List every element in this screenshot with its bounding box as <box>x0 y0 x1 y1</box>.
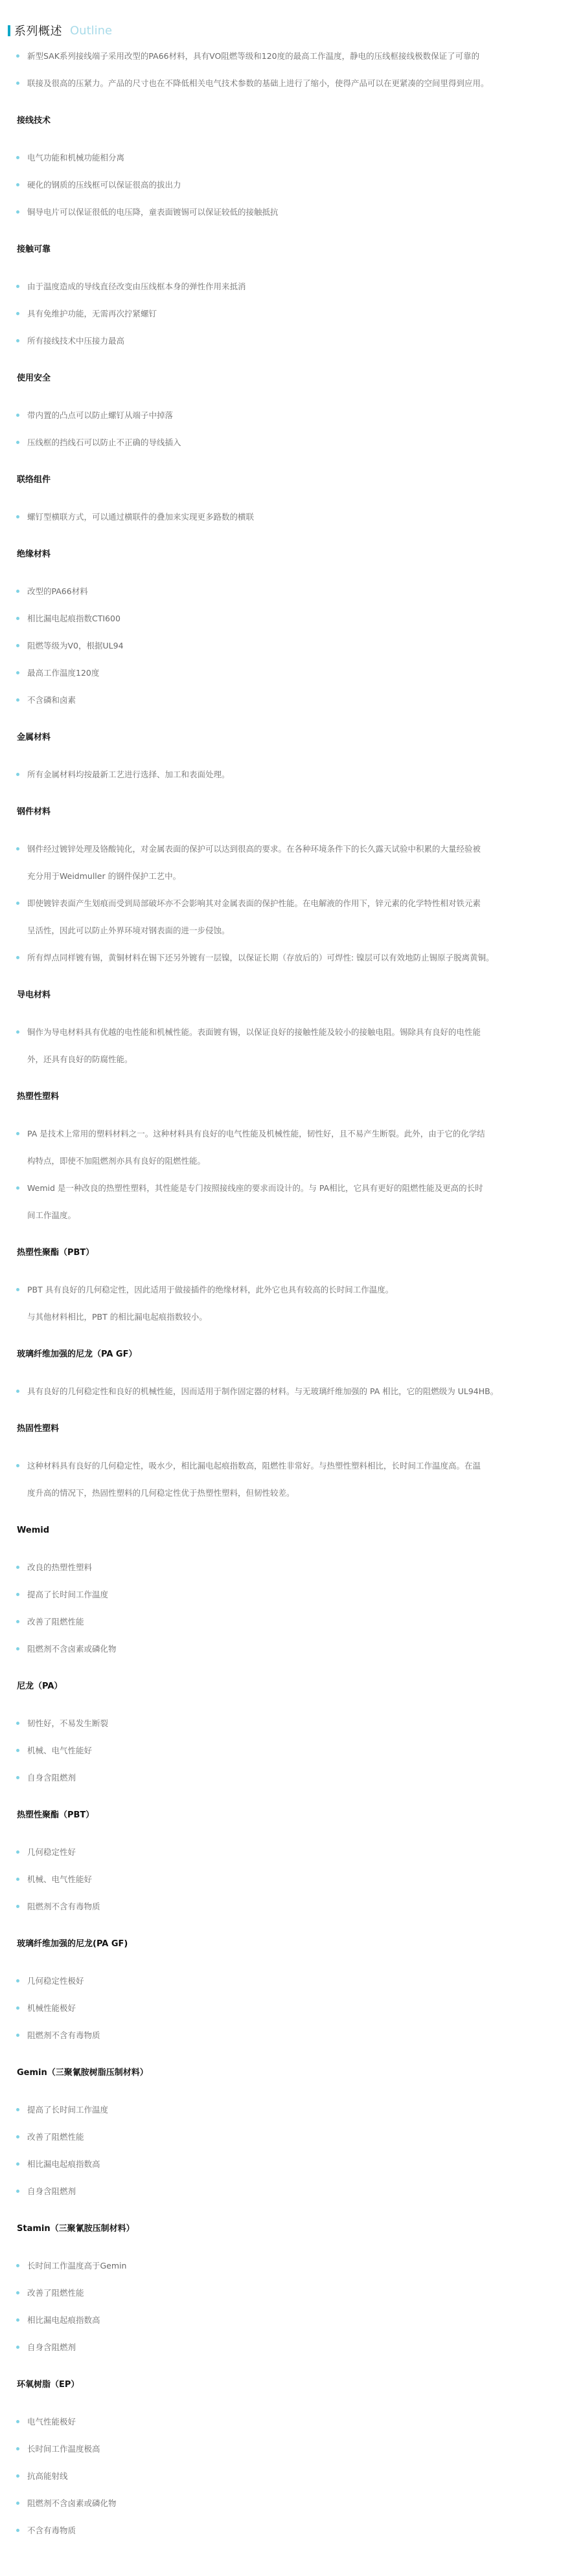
bullet-dot-icon <box>16 2135 19 2138</box>
section-heading: 联络组件 <box>0 467 583 494</box>
section-heading: 热塑性聚酯（PBT） <box>0 1239 583 1267</box>
continuation-line: 度升高的情况下，热固性塑料的几何稳定性优于热塑性塑料，但韧性较差。 <box>0 1480 583 1507</box>
bullet-item: 阻燃等级为V0，根据UL94 <box>0 632 583 660</box>
bullet-text: 联接及很高的压紧力。产品的尺寸也在不降低相关电气技术参数的基础上进行了缩小，使得… <box>27 78 489 88</box>
bullet-dot-icon <box>16 1030 19 1034</box>
content-body: 新型SAK系列接线端子采用改型的PA66材料，具有VO阻燃等级和120度的最高工… <box>0 43 583 2544</box>
bullet-dot-icon <box>16 414 19 417</box>
continuation-line: 与其他材料相比，PBT 的相比漏电起痕指数较小。 <box>0 1304 583 1331</box>
bullet-text: PBT 具有良好的几何稳定性，因此适用于做接插件的绝缘材料，此外它也具有较高的长… <box>27 1285 393 1294</box>
bullet-dot-icon <box>16 2502 19 2505</box>
bullet-text: 自身含阻燃剂 <box>27 2342 76 2352</box>
bullet-text: 具有良好的几何稳定性和良好的机械性能，因而适用于制作固定器的材料。与无玻璃纤维加… <box>27 1386 498 1396</box>
bullet-text: 机械、电气性能好 <box>27 1874 92 1884</box>
bullet-text: 长时间工作温度极高 <box>27 2444 100 2454</box>
bullet-item: 阻燃剂不含卤素或磷化物 <box>0 2490 583 2517</box>
bullet-text: 相比漏电起痕指数CTI600 <box>27 614 120 623</box>
bullet-item: 不含磷和卤素 <box>0 687 583 714</box>
section: 环氧树脂（EP）电气性能极好长时间工作温度极高抗高能射线阻燃剂不含卤素或磷化物不… <box>0 2371 583 2544</box>
bullet-text: 相比漏电起痕指数高 <box>27 2315 100 2325</box>
bullet-text: 度升高的情况下，热固性塑料的几何稳定性优于热塑性塑料，但韧性较差。 <box>27 1488 295 1498</box>
section-heading: Wemid <box>0 1517 583 1544</box>
bullet-text: 阻燃等级为V0，根据UL94 <box>27 641 124 650</box>
bullet-dot-icon <box>16 1620 19 1623</box>
bullet-item: 阻燃剂不含卤素或磷化物 <box>0 1636 583 1663</box>
bullet-item: 由于温度造成的导线直径改变由压线框本身的弹性作用来抵消 <box>0 273 583 300</box>
bullet-text: 螺钉型横联方式，可以通过横联件的叠加来实现更多路数的横联 <box>27 512 254 522</box>
bullet-text: 所有金属材料均按最新工艺进行选择、加工和表面处理。 <box>27 770 230 779</box>
bullet-dot-icon <box>16 2346 19 2349</box>
section-heading: 绝缘材料 <box>0 541 583 568</box>
bullet-text: 提高了长时间工作温度 <box>27 1590 108 1599</box>
bullet-text: 呈活性，因此可以防止外界环境对钢表面的进一步侵蚀。 <box>27 926 230 935</box>
bullet-dot-icon <box>16 2190 19 2193</box>
bullet-dot-icon <box>16 2264 19 2267</box>
bullet-text: 由于温度造成的导线直径改变由压线框本身的弹性作用来抵消 <box>27 282 246 291</box>
continuation-line: 外，还具有良好的防腐性能。 <box>0 1046 583 1073</box>
section-heading: 热塑性聚酯（PBT） <box>0 1802 583 1829</box>
bullet-text: 间工作温度。 <box>27 1210 76 1220</box>
section-heading: 金属材料 <box>0 724 583 751</box>
bullet-dot-icon <box>16 1390 19 1393</box>
bullet-dot-icon <box>16 1776 19 1779</box>
bullet-dot-icon <box>16 590 19 593</box>
bullet-text: 韧性好，不易发生断裂 <box>27 1718 108 1728</box>
bullet-item: 具有免维护功能，无需再次拧紧螺钉 <box>0 300 583 328</box>
bullet-text: 铜作为导电材料具有优越的电性能和机械性能。表面镀有锡，以保证良好的接触性能及较小… <box>27 1027 481 1037</box>
bullet-item: 长时间工作温度高于Gemin <box>0 2252 583 2280</box>
bullet-dot-icon <box>16 210 19 214</box>
bullet-text: 自身含阻燃剂 <box>27 1773 76 1782</box>
bullet-item: 阻燃剂不含有毒物质 <box>0 1893 583 1920</box>
bullet-dot-icon <box>16 1132 19 1135</box>
bullet-item: 抗高能射线 <box>0 2463 583 2490</box>
bullet-text: 铜导电片可以保证很低的电压降，童表面镀锡可以保证较低的接触抵抗 <box>27 207 279 217</box>
bullet-item: 这种材料具有良好的几何稳定性，吸水少，相比漏电起痕指数高，阻燃性非常好。与热塑性… <box>0 1452 583 1480</box>
bullet-item: 提高了长时间工作温度 <box>0 2096 583 2124</box>
bullet-item: 钢件经过镀锌处理及铬酸钝化，对金属表面的保护可以达到很高的要求。在各种环境条件下… <box>0 836 583 863</box>
bullet-dot-icon <box>16 339 19 342</box>
bullet-text: 阻燃剂不含卤素或磷化物 <box>27 1644 117 1654</box>
bullet-item: 具有良好的几何稳定性和良好的机械性能，因而适用于制作固定器的材料。与无玻璃纤维加… <box>0 1378 583 1405</box>
bullet-text: 具有免维护功能，无需再次拧紧螺钉 <box>27 309 157 318</box>
bullet-text: Wemid 是一种改良的热塑性塑料，其性能是专门按照接线座的要求而设计的。与 P… <box>27 1183 483 1193</box>
section-heading: 接触可靠 <box>0 236 583 263</box>
bullet-item: PA 是技术上常用的塑料材料之一。这种材料具有良好的电气性能及机械性能，韧性好，… <box>0 1120 583 1148</box>
bullet-dot-icon <box>16 312 19 315</box>
bullet-item: 硬化的钢质的压线框可以保证很高的拔出力 <box>0 172 583 199</box>
bullet-dot-icon <box>16 2162 19 2166</box>
bullet-text: 硬化的钢质的压线框可以保证很高的拔出力 <box>27 180 181 190</box>
bullet-item: 最高工作温度120度 <box>0 660 583 687</box>
bullet-text: 所有接线技术中压接力最高 <box>27 336 124 346</box>
section: 热固性塑料这种材料具有良好的几何稳定性，吸水少，相比漏电起痕指数高，阻燃性非常好… <box>0 1416 583 1507</box>
bullet-item: 所有接线技术中压接力最高 <box>0 328 583 355</box>
section: 联络组件螺钉型横联方式，可以通过横联件的叠加来实现更多路数的横联 <box>0 467 583 531</box>
section: 接触可靠由于温度造成的导线直径改变由压线框本身的弹性作用来抵消具有免维护功能，无… <box>0 236 583 355</box>
bullet-dot-icon <box>16 441 19 444</box>
section: Stamin（三聚氰胺压制材料）长时间工作温度高于Gemin改善了阻燃性能相比漏… <box>0 2215 583 2361</box>
section: 绝缘材料改型的PA66材料相比漏电起痕指数CTI600阻燃等级为V0，根据UL9… <box>0 541 583 714</box>
page-title-english: Outline <box>70 24 112 38</box>
section-heading: Gemin（三聚氰胺树脂压制材料） <box>0 2060 583 2087</box>
bullet-item: 改善了阻燃性能 <box>0 2124 583 2151</box>
bullet-item: Wemid 是一种改良的热塑性塑料，其性能是专门按照接线座的要求而设计的。与 P… <box>0 1175 583 1202</box>
bullet-item: 改善了阻燃性能 <box>0 1608 583 1636</box>
bullet-dot-icon <box>16 2006 19 2010</box>
bullet-item: 相比漏电起痕指数CTI600 <box>0 605 583 632</box>
bullet-text: 电气性能极好 <box>27 2417 76 2426</box>
bullet-dot-icon <box>16 156 19 159</box>
bullet-text: 抗高能射线 <box>27 2471 68 2481</box>
bullet-item: 电气性能极好 <box>0 2408 583 2436</box>
bullet-text: 充分用于Weidmuller 的钢件保护工艺中。 <box>27 871 181 881</box>
continuation-line: 充分用于Weidmuller 的钢件保护工艺中。 <box>0 863 583 890</box>
section: 热塑性聚酯（PBT）PBT 具有良好的几何稳定性，因此适用于做接插件的绝缘材料，… <box>0 1239 583 1331</box>
bullet-item: 阻燃剂不含有毒物质 <box>0 2022 583 2049</box>
section: Wemid改良的热塑性塑料提高了长时间工作温度改善了阻燃性能阻燃剂不含卤素或磷化… <box>0 1517 583 1663</box>
bullet-text: 压线框的挡线石可以防止不正确的导线插入 <box>27 438 181 447</box>
bullet-text: 机械、电气性能好 <box>27 1746 92 1755</box>
bullet-item: 所有金属材料均按最新工艺进行选择、加工和表面处理。 <box>0 761 583 788</box>
bullet-item: 长时间工作温度极高 <box>0 2436 583 2463</box>
bullet-text: 阻燃剂不含卤素或磷化物 <box>27 2498 117 2508</box>
bullet-dot-icon <box>16 1566 19 1569</box>
bullet-item: 带内置的凸点可以防止螺钉从端子中掉落 <box>0 402 583 429</box>
bullet-dot-icon <box>16 183 19 186</box>
bullet-text: 改善了阻燃性能 <box>27 2288 84 2298</box>
bullet-text: 不含磷和卤素 <box>27 695 76 705</box>
section-heading: Stamin（三聚氰胺压制材料） <box>0 2215 583 2243</box>
bullet-dot-icon <box>16 2420 19 2423</box>
section-header: 系列概述 Outline <box>8 21 583 39</box>
bullet-text: 外，还具有良好的防腐性能。 <box>27 1054 133 1064</box>
bullet-item: 韧性好，不易发生断裂 <box>0 1710 583 1737</box>
bullet-item: 不含有毒物质 <box>0 2517 583 2544</box>
bullet-dot-icon <box>16 1905 19 1908</box>
bullet-dot-icon <box>16 1979 19 1982</box>
section-heading: 导电材料 <box>0 982 583 1009</box>
bullet-dot-icon <box>16 1878 19 1881</box>
bullet-item: 改良的热塑性塑料 <box>0 1554 583 1581</box>
continuation-line: 呈活性，因此可以防止外界环境对钢表面的进一步侵蚀。 <box>0 917 583 944</box>
section-heading: 接线技术 <box>0 107 583 135</box>
bullet-text: 电气功能和机械功能相分离 <box>27 153 124 162</box>
bullet-dot-icon <box>16 2529 19 2532</box>
bullet-text: 改善了阻燃性能 <box>27 2132 84 2142</box>
bullet-item: 电气功能和机械功能相分离 <box>0 144 583 172</box>
bullet-dot-icon <box>16 2108 19 2111</box>
section: 导电材料铜作为导电材料具有优越的电性能和机械性能。表面镀有锡，以保证良好的接触性… <box>0 982 583 1073</box>
sections-container: 接线技术电气功能和机械功能相分离硬化的钢质的压线框可以保证很高的拔出力铜导电片可… <box>0 107 583 2544</box>
bullet-item: 铜导电片可以保证很低的电压降，童表面镀锡可以保证较低的接触抵抗 <box>0 199 583 226</box>
bullet-dot-icon <box>16 847 19 850</box>
bullet-text: 长时间工作温度高于Gemin <box>27 2261 126 2271</box>
bullet-item: 所有焊点同样镀有锡，黄铜材料在锡下还另外镀有一层镍，以保证长期（存放后的）可焊性… <box>0 944 583 972</box>
bullet-text: 钢件经过镀锌处理及铬酸钝化，对金属表面的保护可以达到很高的要求。在各种环境条件下… <box>27 844 481 854</box>
bullet-item: 改善了阻燃性能 <box>0 2280 583 2307</box>
bullet-dot-icon <box>16 644 19 647</box>
page-title: 系列概述 <box>14 22 62 39</box>
bullet-item: 自身含阻燃剂 <box>0 2178 583 2205</box>
bullet-text: 与其他材料相比，PBT 的相比漏电起痕指数较小。 <box>27 1312 207 1322</box>
section-heading: 尼龙（PA） <box>0 1673 583 1700</box>
bullet-text: 改型的PA66材料 <box>27 586 88 596</box>
bullet-text: 改良的热塑性塑料 <box>27 1562 92 1572</box>
bullet-item: 联接及很高的压紧力。产品的尺寸也在不降低相关电气技术参数的基础上进行了缩小，使得… <box>0 70 583 97</box>
bullet-text: 提高了长时间工作温度 <box>27 2105 108 2115</box>
bullet-dot-icon <box>16 1288 19 1291</box>
bullet-item: 机械、电气性能好 <box>0 1866 583 1893</box>
bullet-text: 自身含阻燃剂 <box>27 2186 76 2196</box>
section-heading: 热固性塑料 <box>0 1416 583 1443</box>
bullet-dot-icon <box>16 1749 19 1752</box>
section: 钢件材料钢件经过镀锌处理及铬酸钝化，对金属表面的保护可以达到很高的要求。在各种环… <box>0 799 583 972</box>
section: 接线技术电气功能和机械功能相分离硬化的钢质的压线框可以保证很高的拔出力铜导电片可… <box>0 107 583 226</box>
bullet-text: 相比漏电起痕指数高 <box>27 2159 100 2169</box>
bullet-text: 所有焊点同样镀有锡，黄铜材料在锡下还另外镀有一层镍，以保证长期（存放后的）可焊性… <box>27 953 494 962</box>
bullet-item: 机械、电气性能好 <box>0 1737 583 1764</box>
accent-bar <box>8 25 10 36</box>
bullet-item: 即使镀锌表面产生划痕而受到局部破坏亦不会影响其对金属表面的保护性能。在电解液的作… <box>0 890 583 917</box>
bullet-text: 不含有毒物质 <box>27 2526 76 2535</box>
bullet-item: 铜作为导电材料具有优越的电性能和机械性能。表面镀有锡，以保证良好的接触性能及较小… <box>0 1019 583 1046</box>
bullet-item: 相比漏电起痕指数高 <box>0 2307 583 2334</box>
bullet-item: 提高了长时间工作温度 <box>0 1581 583 1608</box>
section: 尼龙（PA）韧性好，不易发生断裂机械、电气性能好自身含阻燃剂 <box>0 1673 583 1792</box>
bullet-text: 最高工作温度120度 <box>27 668 99 678</box>
bullet-dot-icon <box>16 956 19 959</box>
bullet-item: 改型的PA66材料 <box>0 578 583 605</box>
continuation-line: 构特点，即使不加阻燃剂亦具有良好的阻燃性能。 <box>0 1148 583 1175</box>
continuation-line: 间工作温度。 <box>0 1202 583 1229</box>
intro-list: 新型SAK系列接线端子采用改型的PA66材料，具有VO阻燃等级和120度的最高工… <box>0 43 583 97</box>
bullet-dot-icon <box>16 773 19 776</box>
section: 热塑性聚酯（PBT）几何稳定性好机械、电气性能好阻燃剂不含有毒物质 <box>0 1802 583 1920</box>
bullet-text: 构特点，即使不加阻燃剂亦具有良好的阻燃性能。 <box>27 1156 205 1166</box>
bullet-dot-icon <box>16 671 19 674</box>
bullet-item: 自身含阻燃剂 <box>0 2334 583 2361</box>
bullet-item: PBT 具有良好的几何稳定性，因此适用于做接插件的绝缘材料，此外它也具有较高的长… <box>0 1276 583 1304</box>
bullet-item: 机械性能极好 <box>0 1995 583 2022</box>
bullet-dot-icon <box>16 2447 19 2450</box>
bullet-dot-icon <box>16 1722 19 1725</box>
bullet-dot-icon <box>16 698 19 702</box>
bullet-dot-icon <box>16 1850 19 1854</box>
section: 玻璃纤维加强的尼龙（PA GF）具有良好的几何稳定性和良好的机械性能，因而适用于… <box>0 1341 583 1405</box>
bullet-text: 机械性能极好 <box>27 2003 76 2013</box>
bullet-dot-icon <box>16 1186 19 1190</box>
bullet-dot-icon <box>16 902 19 905</box>
bullet-dot-icon <box>16 515 19 518</box>
section: 金属材料所有金属材料均按最新工艺进行选择、加工和表面处理。 <box>0 724 583 788</box>
section-heading: 使用安全 <box>0 365 583 392</box>
bullet-text: 几何稳定性好 <box>27 1847 76 1857</box>
bullet-dot-icon <box>16 1464 19 1467</box>
bullet-text: 阻燃剂不含有毒物质 <box>27 1902 100 1911</box>
bullet-item: 螺钉型横联方式，可以通过横联件的叠加来实现更多路数的横联 <box>0 504 583 531</box>
bullet-item: 相比漏电起痕指数高 <box>0 2151 583 2178</box>
section-heading: 钢件材料 <box>0 799 583 826</box>
section: Gemin（三聚氰胺树脂压制材料）提高了长时间工作温度改善了阻燃性能相比漏电起痕… <box>0 2060 583 2205</box>
bullet-text: 带内置的凸点可以防止螺钉从端子中掉落 <box>27 410 173 420</box>
bullet-dot-icon <box>16 617 19 620</box>
bullet-dot-icon <box>16 82 19 85</box>
section: 热塑性塑料PA 是技术上常用的塑料材料之一。这种材料具有良好的电气性能及机械性能… <box>0 1083 583 1229</box>
bullet-dot-icon <box>16 2034 19 2037</box>
bullet-item: 压线框的挡线石可以防止不正确的导线插入 <box>0 429 583 456</box>
bullet-item: 几何稳定性好 <box>0 1839 583 1866</box>
bullet-item: 几何稳定性极好 <box>0 1968 583 1995</box>
section: 玻璃纤维加强的尼龙(PA GF)几何稳定性极好机械性能极好阻燃剂不含有毒物质 <box>0 1931 583 2049</box>
bullet-text: 这种材料具有良好的几何稳定性，吸水少，相比漏电起痕指数高，阻燃性非常好。与热塑性… <box>27 1461 481 1471</box>
bullet-dot-icon <box>16 1593 19 1596</box>
bullet-text: 几何稳定性极好 <box>27 1976 84 1986</box>
section-heading: 环氧树脂（EP） <box>0 2371 583 2399</box>
section-heading: 玻璃纤维加强的尼龙(PA GF) <box>0 1931 583 1958</box>
bullet-dot-icon <box>16 2474 19 2478</box>
bullet-text: PA 是技术上常用的塑料材料之一。这种材料具有良好的电气性能及机械性能，韧性好，… <box>27 1129 485 1138</box>
bullet-text: 新型SAK系列接线端子采用改型的PA66材料，具有VO阻燃等级和120度的最高工… <box>27 51 479 61</box>
bullet-item: 新型SAK系列接线端子采用改型的PA66材料，具有VO阻燃等级和120度的最高工… <box>0 43 583 70</box>
bullet-item: 自身含阻燃剂 <box>0 1764 583 1792</box>
bullet-dot-icon <box>16 54 19 58</box>
bullet-dot-icon <box>16 2318 19 2322</box>
section-heading: 热塑性塑料 <box>0 1083 583 1111</box>
section-heading: 玻璃纤维加强的尼龙（PA GF） <box>0 1341 583 1368</box>
bullet-dot-icon <box>16 2291 19 2294</box>
bullet-dot-icon <box>16 1647 19 1650</box>
bullet-text: 即使镀锌表面产生划痕而受到局部破坏亦不会影响其对金属表面的保护性能。在电解液的作… <box>27 898 481 908</box>
section: 使用安全带内置的凸点可以防止螺钉从端子中掉落压线框的挡线石可以防止不正确的导线插… <box>0 365 583 456</box>
bullet-text: 阻燃剂不含有毒物质 <box>27 2030 100 2040</box>
product-outline-page: 系列概述 Outline 新型SAK系列接线端子采用改型的PA66材料，具有VO… <box>0 21 583 2573</box>
bullet-text: 改善了阻燃性能 <box>27 1617 84 1627</box>
bullet-dot-icon <box>16 285 19 288</box>
